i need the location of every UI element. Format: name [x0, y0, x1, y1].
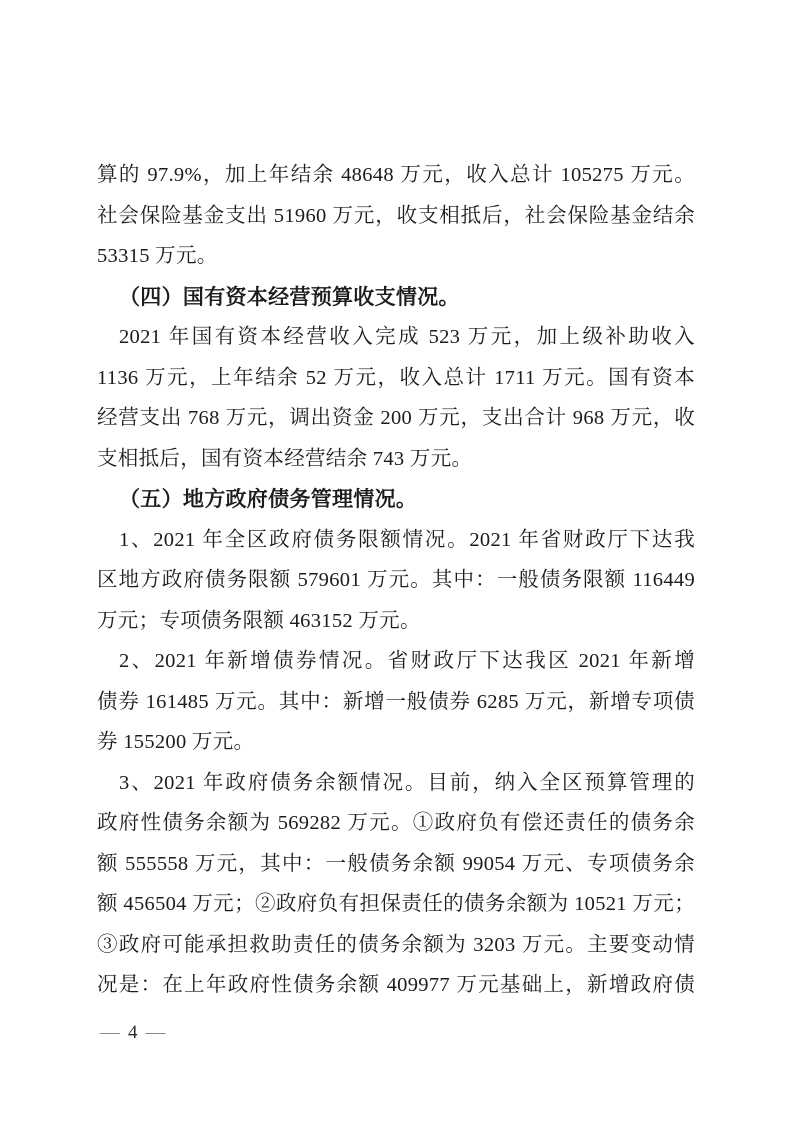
paragraph-line: 2021 年国有资本经营收入完成 523 万元，加上级补助收入	[97, 317, 695, 358]
paragraph-line: 1、2021 年全区政府债务限额情况。2021 年省财政厅下达我	[97, 520, 695, 561]
paragraph-line: 1136 万元，上年结余 52 万元，收入总计 1711 万元。国有资本	[97, 358, 695, 399]
paragraph-line: 万元；专项债务限额 463152 万元。	[97, 601, 695, 642]
paragraph-line: 政府性债务余额为 569282 万元。①政府负有偿还责任的债务余	[97, 803, 695, 844]
paragraph-line: 社会保险基金支出 51960 万元，收支相抵后，社会保险基金结余	[97, 196, 695, 237]
page-footer: —4—	[100, 1018, 166, 1046]
footer-dash-right: —	[146, 1021, 166, 1043]
heading-line: （四）国有资本经营预算收支情况。	[97, 277, 695, 318]
paragraph-line: 债券 161485 万元。其中：新增一般债券 6285 万元，新增专项债	[97, 682, 695, 723]
paragraph-line: ③政府可能承担救助责任的债务余额为 3203 万元。主要变动情	[97, 925, 695, 966]
paragraph-line: 53315 万元。	[97, 236, 695, 277]
paragraph-line: 况是：在上年政府性债务余额 409977 万元基础上，新增政府债	[97, 965, 695, 1006]
paragraph-line: 3、2021 年政府债务余额情况。目前，纳入全区预算管理的	[97, 763, 695, 804]
document-body: 算的 97.9%，加上年结余 48648 万元，收入总计 105275 万元。社…	[97, 155, 695, 1006]
document-page: 算的 97.9%，加上年结余 48648 万元，收入总计 105275 万元。社…	[0, 0, 793, 1122]
paragraph-line: 额 456504 万元；②政府负有担保责任的债务余额为 10521 万元；	[97, 884, 695, 925]
paragraph-line: 券 155200 万元。	[97, 722, 695, 763]
paragraph-line: 经营支出 768 万元，调出资金 200 万元，支出合计 968 万元，收	[97, 398, 695, 439]
footer-dash-left: —	[100, 1021, 120, 1043]
paragraph-line: 额 555558 万元，其中：一般债务余额 99054 万元、专项债务余	[97, 844, 695, 885]
paragraph-line: 算的 97.9%，加上年结余 48648 万元，收入总计 105275 万元。	[97, 155, 695, 196]
heading-line: （五）地方政府债务管理情况。	[97, 479, 695, 520]
paragraph-line: 2、2021 年新增债券情况。省财政厅下达我区 2021 年新增	[97, 641, 695, 682]
paragraph-line: 区地方政府债务限额 579601 万元。其中：一般债务限额 116449	[97, 560, 695, 601]
paragraph-line: 支相抵后，国有资本经营结余 743 万元。	[97, 439, 695, 480]
page-number: 4	[128, 1022, 138, 1043]
